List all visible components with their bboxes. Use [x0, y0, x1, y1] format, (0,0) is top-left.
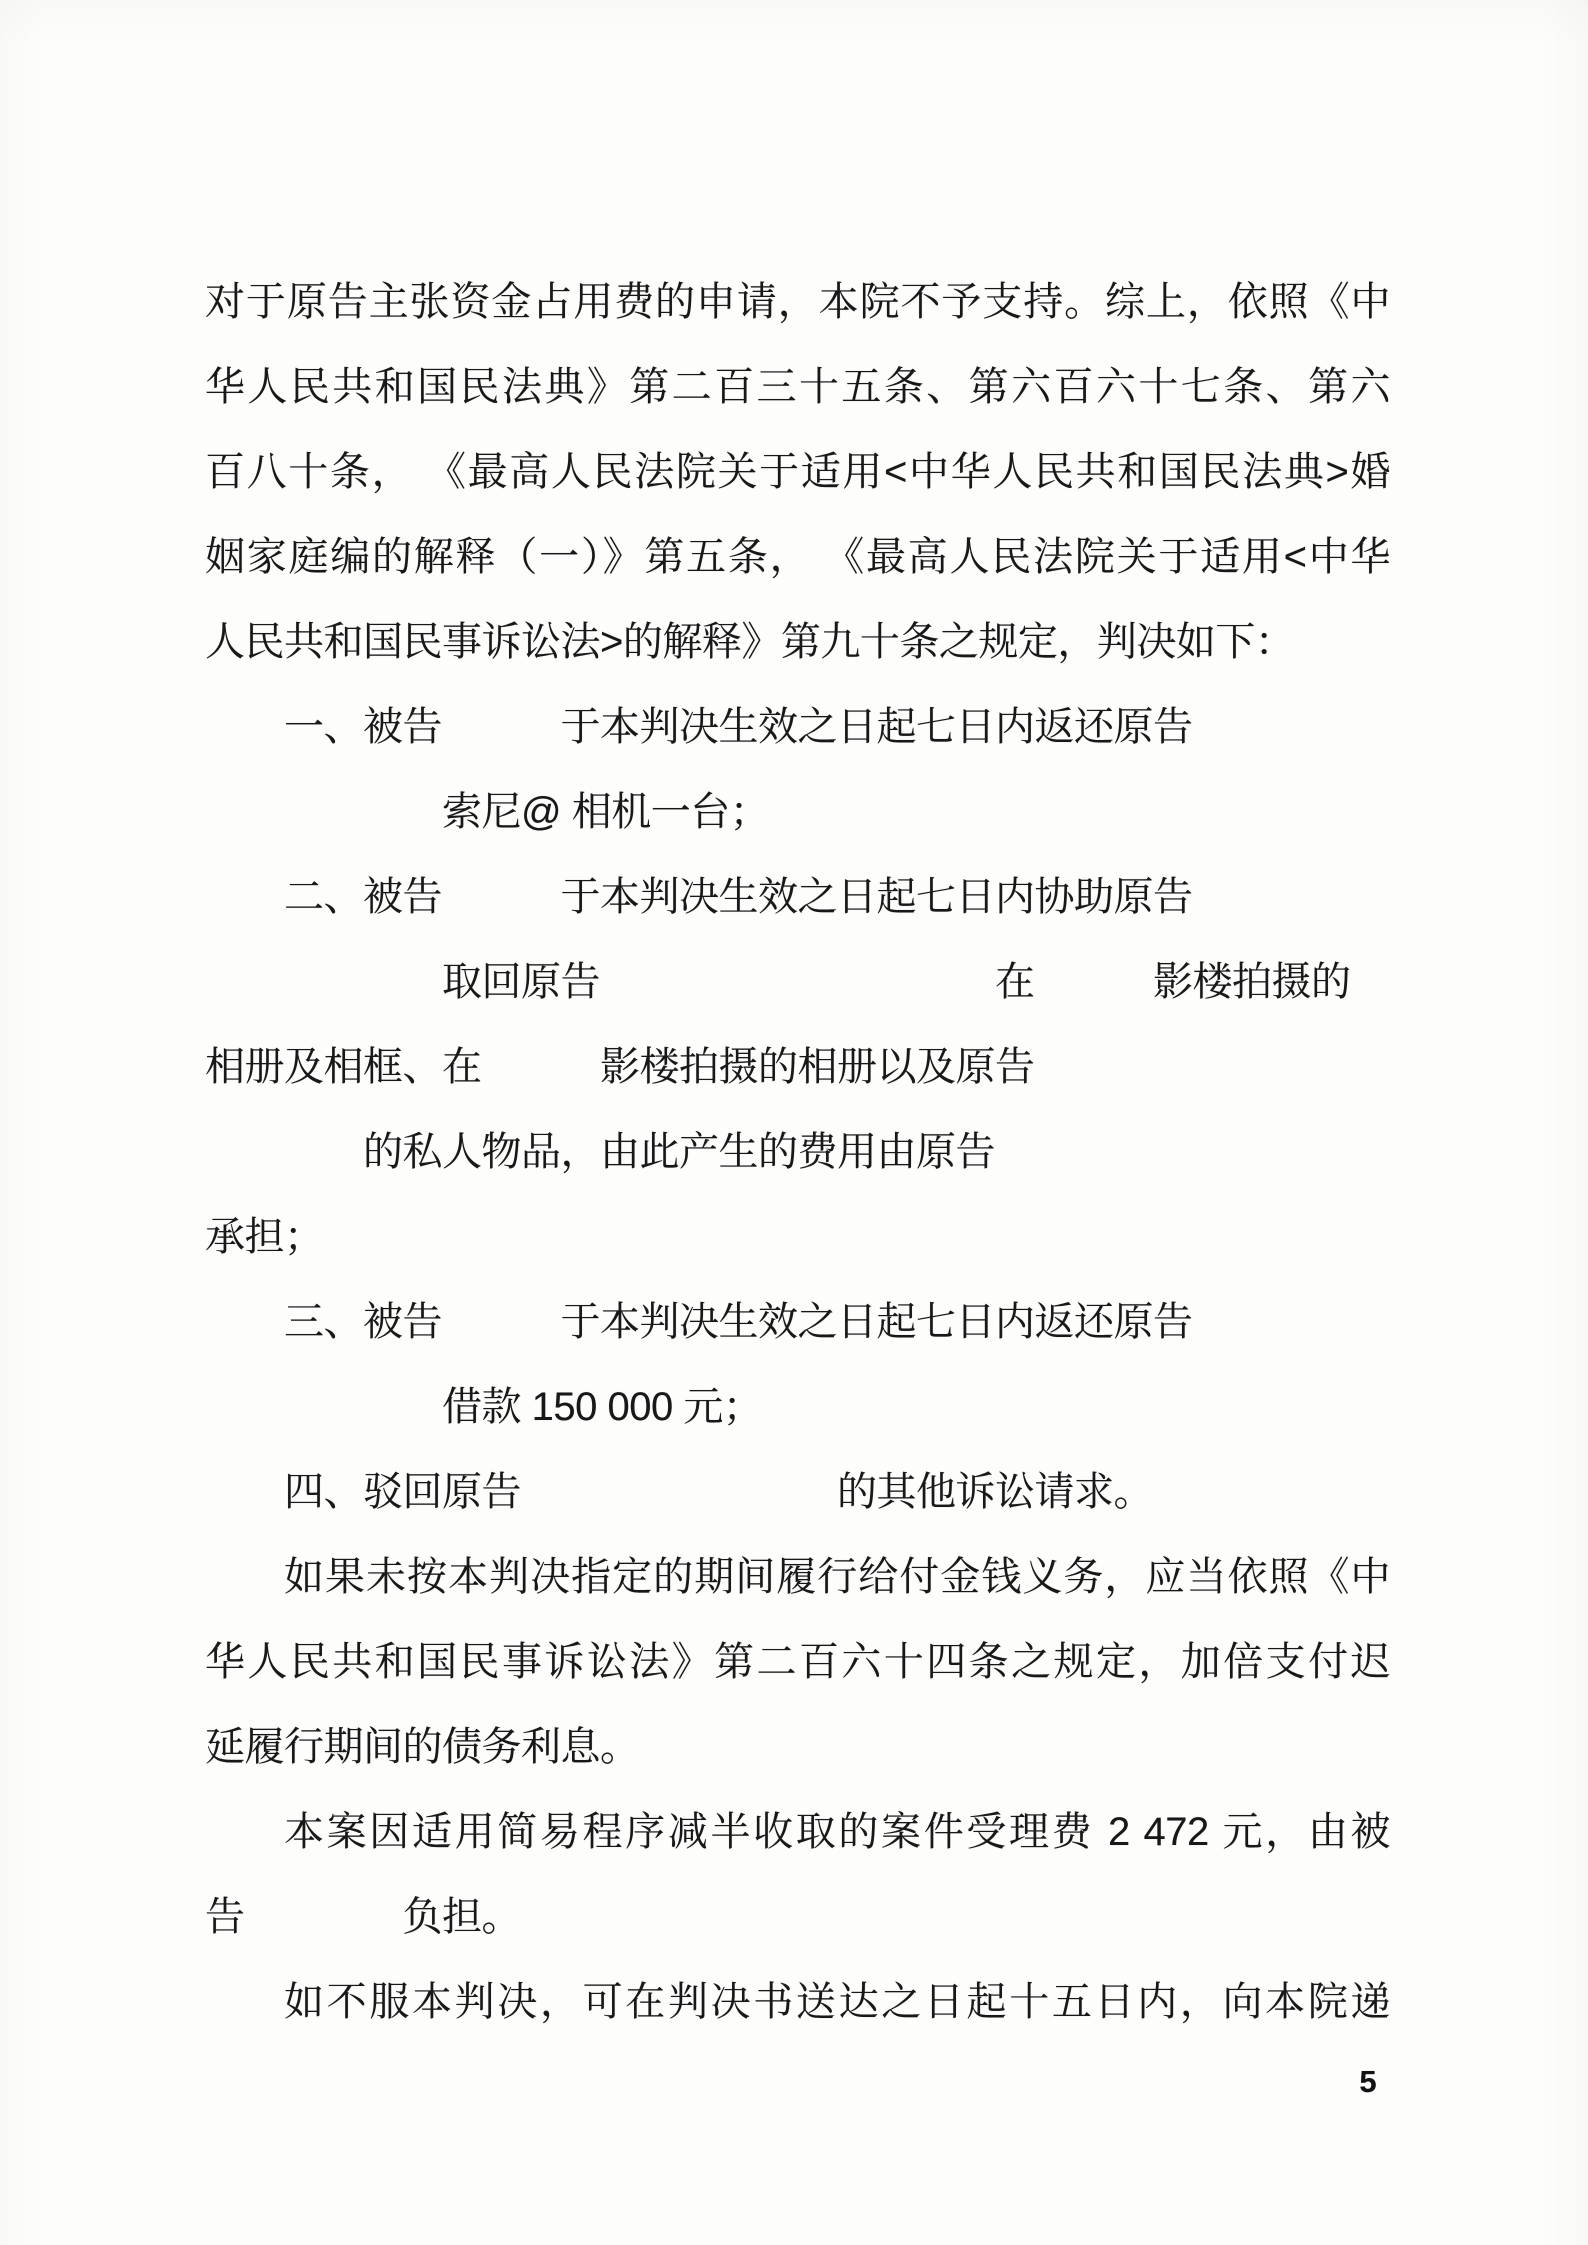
text-line: 如不服本判决，可在判决书送达之日起十五日内，向本院递 [205, 1960, 1390, 2045]
text-line: 对于原告主张资金占用费的申请，本院不予支持。综上，依照《中 [205, 260, 1390, 345]
text-line: 如果未按本判决指定的期间履行给付金钱义务，应当依照《中 [205, 1535, 1390, 1620]
text-line: 一、被告 于本判决生效之日起七日内返还原告 [205, 685, 1390, 770]
text-line: 姻家庭编的解释（一）》第五条， 《最高人民法院关于适用<中华 [205, 515, 1390, 600]
text-line: 相册及相框、在 影楼拍摄的相册以及原告 [205, 1025, 1390, 1110]
page-number: 5 [1344, 2060, 1392, 2104]
text-line: 的私人物品，由此产生的费用由原告 [205, 1110, 1390, 1195]
text-line: 四、驳回原告 的其他诉讼请求。 [205, 1450, 1390, 1535]
text-line: 借款 150 000 元； [205, 1365, 1390, 1450]
text-line: 本案因适用简易程序减半收取的案件受理费 2 472 元，由被 [205, 1790, 1390, 1875]
text-line: 索尼@ 相机一台； [205, 770, 1390, 855]
judgment-text-block: 对于原告主张资金占用费的申请，本院不予支持。综上，依照《中华人民共和国民法典》第… [205, 260, 1390, 2045]
text-line: 华人民共和国民法典》第二百三十五条、第六百六十七条、第六 [205, 345, 1390, 430]
text-line: 延履行期间的债务利息。 [205, 1705, 1390, 1790]
text-line: 百八十条， 《最高人民法院关于适用<中华人民共和国民法典>婚 [205, 430, 1390, 515]
text-line: 取回原告 在 影楼拍摄的 [205, 940, 1390, 1025]
text-line: 三、被告 于本判决生效之日起七日内返还原告 [205, 1280, 1390, 1365]
text-line: 二、被告 于本判决生效之日起七日内协助原告 [205, 855, 1390, 940]
scanned-judgment-page: 对于原告主张资金占用费的申请，本院不予支持。综上，依照《中华人民共和国民法典》第… [0, 0, 1588, 2245]
text-line: 承担； [205, 1195, 1390, 1280]
text-line: 华人民共和国民事诉讼法》第二百六十四条之规定，加倍支付迟 [205, 1620, 1390, 1705]
text-line: 人民共和国民事诉讼法>的解释》第九十条之规定，判决如下： [205, 600, 1390, 685]
text-line: 告 负担。 [205, 1875, 1390, 1960]
